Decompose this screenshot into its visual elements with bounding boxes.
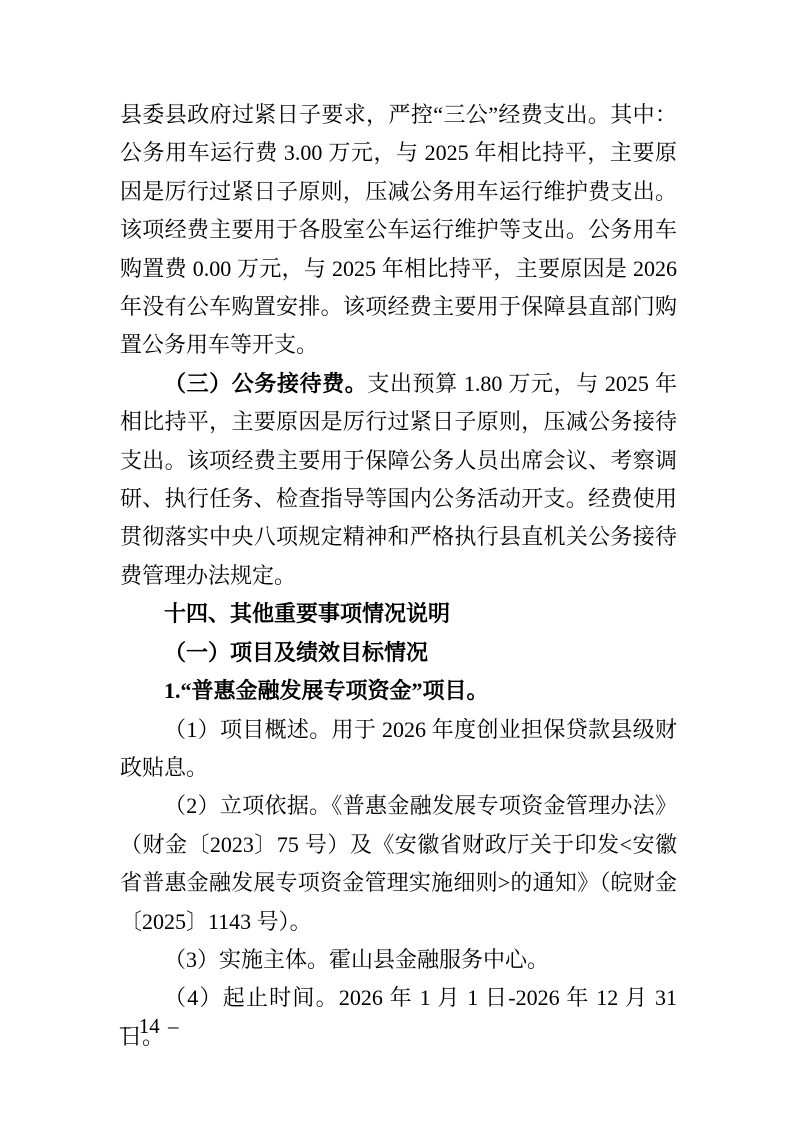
para-lead-bold: （三）公务接待费。 xyxy=(164,371,367,396)
heading-text: 十四、其他重要事项情况说明 xyxy=(164,601,450,626)
para-text: （4）起止时间。2026 年 1 月 1 日-2026 年 12 月 31 日。 xyxy=(120,985,677,1048)
document-page: 县委县政府过紧日子要求，严控“三公”经费支出。其中：公务用车运行费 3.00 万… xyxy=(0,0,793,1122)
para-project-basis: （2）立项依据。《普惠金融发展专项资金管理办法》（财金〔2023〕75 号）及《… xyxy=(120,787,677,941)
para-text: （1）项目概述。用于 2026 年度创业担保贷款县级财政贴息。 xyxy=(120,717,677,780)
heading-project-1-inclusive-finance-fund: 1.“普惠金融发展专项资金”项目。 xyxy=(120,672,677,710)
para-text: 县委县政府过紧日子要求，严控“三公”经费支出。其中：公务用车运行费 3.00 万… xyxy=(120,102,677,357)
document-body: 县委县政府过紧日子要求，严控“三公”经费支出。其中：公务用车运行费 3.00 万… xyxy=(120,96,677,1056)
para-three-public-funds-continuation: 县委县政府过紧日子要求，严控“三公”经费支出。其中：公务用车运行费 3.00 万… xyxy=(120,96,677,365)
page-number: – 14 – xyxy=(120,1014,179,1038)
heading-subsection-1-projects-and-performance: （一）项目及绩效目标情况 xyxy=(120,634,677,672)
para-implementing-body: （3）实施主体。霍山县金融服务中心。 xyxy=(120,941,677,979)
heading-text: 1.“普惠金融发展专项资金”项目。 xyxy=(164,678,489,703)
para-text: （3）实施主体。霍山县金融服务中心。 xyxy=(164,947,549,972)
para-text: （2）立项依据。《普惠金融发展专项资金管理办法》（财金〔2023〕75 号）及《… xyxy=(120,793,677,933)
para-project-overview: （1）项目概述。用于 2026 年度创业担保贷款县级财政贴息。 xyxy=(120,711,677,788)
heading-text: （一）项目及绩效目标情况 xyxy=(164,640,428,665)
heading-section-14-other-important-matters: 十四、其他重要事项情况说明 xyxy=(120,595,677,633)
para-official-reception-fee: （三）公务接待费。支出预算 1.80 万元，与 2025 年相比持平，主要原因是… xyxy=(120,365,677,595)
para-text: 支出预算 1.80 万元，与 2025 年相比持平，主要原因是厉行过紧日子原则，… xyxy=(120,371,677,588)
para-project-duration: （4）起止时间。2026 年 1 月 1 日-2026 年 12 月 31 日。 xyxy=(120,979,677,1056)
